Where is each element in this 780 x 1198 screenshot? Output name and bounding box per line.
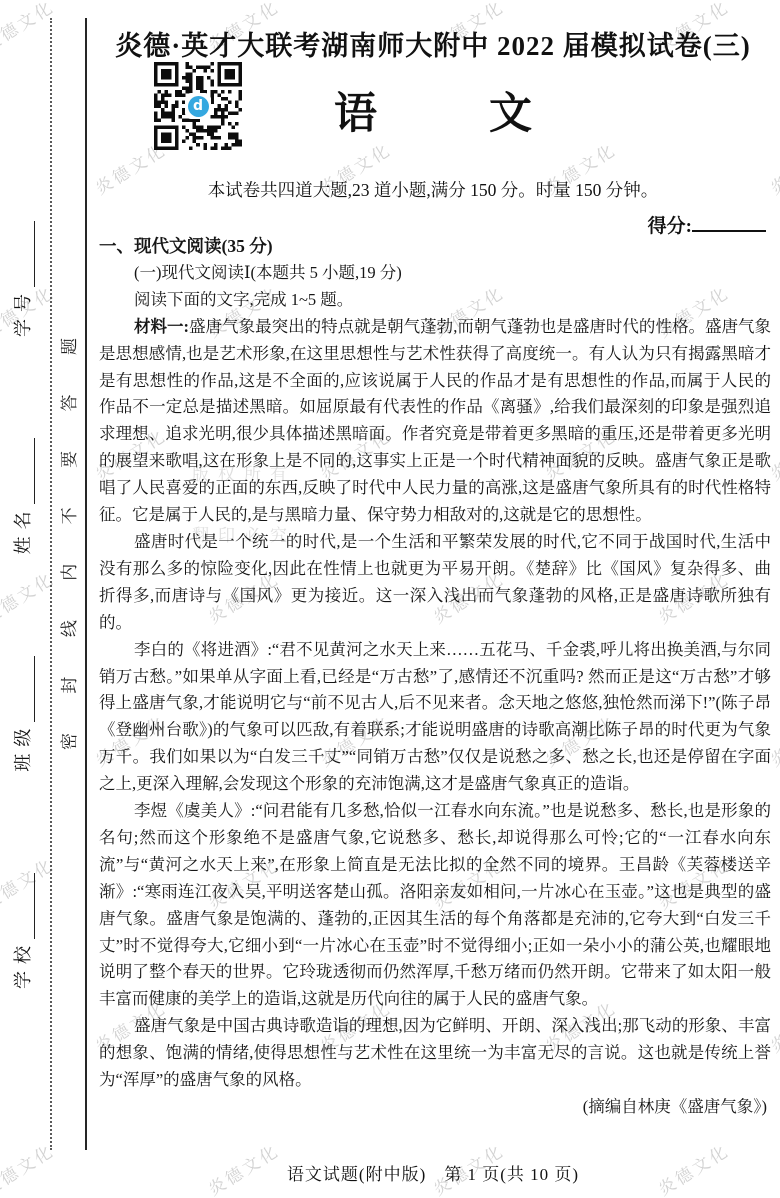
score-blank <box>692 211 766 232</box>
passage-paragraph: 李煜《虞美人》:“问君能有几多愁,恰似一江春水向东流。”也是说愁多、愁长,也是形… <box>99 798 771 1013</box>
student-field-blank <box>17 873 35 939</box>
student-field-blank <box>17 221 35 287</box>
exam-title: 炎德·英才大联考湖南师大附中 2022 届模拟试卷(三) <box>86 24 780 63</box>
instruction: 阅读下面的文字,完成 1~5 题。 <box>99 287 771 314</box>
passage-paragraph: 盛唐时代是一个统一的时代,是一个生活和平繁荣发展的时代,它不同于战国时代,生活中… <box>99 529 771 637</box>
student-field-label: 学校 <box>9 939 35 989</box>
subsection-heading: (一)现代文阅读Ⅰ(本题共 5 小题,19 分) <box>99 260 771 287</box>
seal-char: 内 <box>55 564 81 581</box>
student-info-fields: 学校班级姓名学号 <box>1 221 43 989</box>
student-field-blank <box>17 656 35 722</box>
seal-char: 密 <box>55 733 81 750</box>
student-field: 班级 <box>9 656 35 772</box>
attribution: (摘编自林庚《盛唐气象》) <box>99 1094 771 1121</box>
section-heading: 一、现代文阅读(35 分) <box>99 233 771 260</box>
student-field-label: 学号 <box>9 287 35 337</box>
passage-paragraph: 材料一:盛唐气象最突出的特点就是朝气蓬勃,而朝气蓬勃也是盛唐时代的性格。盛唐气象… <box>99 314 771 529</box>
subject-title: 语 文 <box>86 80 780 141</box>
seal-dotted-line <box>50 18 52 1150</box>
subject-char: 文 <box>489 80 532 141</box>
passage-paragraph: 盛唐气象是中国古典诗歌造诣的理想,因为它鲜明、开朗、深入浅出;那飞动的形象、丰富… <box>99 1013 771 1094</box>
seal-char: 要 <box>55 451 81 468</box>
seal-line-text: 密封线内不要答题 <box>55 338 81 750</box>
seal-char: 答 <box>55 394 81 411</box>
student-field: 学号 <box>9 221 35 337</box>
passage-paragraphs: 材料一:盛唐气象最突出的特点就是朝气蓬勃,而朝气蓬勃也是盛唐时代的性格。盛唐气象… <box>99 314 771 1094</box>
exam-paper-page: 炎德文化炎德文化炎德文化炎德文化炎德文化炎德文化炎德文化炎德文化炎德文化炎德文化… <box>0 0 780 1198</box>
passage-paragraph: 李白的《将进酒》:“君不见黄河之水天上来……五花马、千金裘,呼儿将出换美酒,与尔… <box>99 637 771 798</box>
student-field-label: 班级 <box>9 722 35 772</box>
student-field-blank <box>17 438 35 504</box>
seal-char: 题 <box>55 338 81 355</box>
student-field-label: 姓名 <box>9 504 35 554</box>
subject-char: 语 <box>334 80 377 141</box>
student-field: 姓名 <box>9 438 35 554</box>
student-field: 学校 <box>9 873 35 989</box>
page-footer: 语文试题(附中版) 第 1 页(共 10 页) <box>86 1160 780 1185</box>
seal-char: 线 <box>55 620 81 637</box>
content-column: 炎德·英才大联考湖南师大附中 2022 届模拟试卷(三) d 语 文 本试卷共四… <box>86 0 780 1198</box>
material-label: 材料一: <box>134 317 189 336</box>
reading-passage: 一、现代文阅读(35 分) (一)现代文阅读Ⅰ(本题共 5 小题,19 分) 阅… <box>99 233 771 1121</box>
exam-info: 本试卷共四道大题,23 道小题,满分 150 分。时量 150 分钟。 <box>86 177 780 202</box>
seal-char: 封 <box>55 677 81 694</box>
seal-char: 不 <box>55 507 81 524</box>
